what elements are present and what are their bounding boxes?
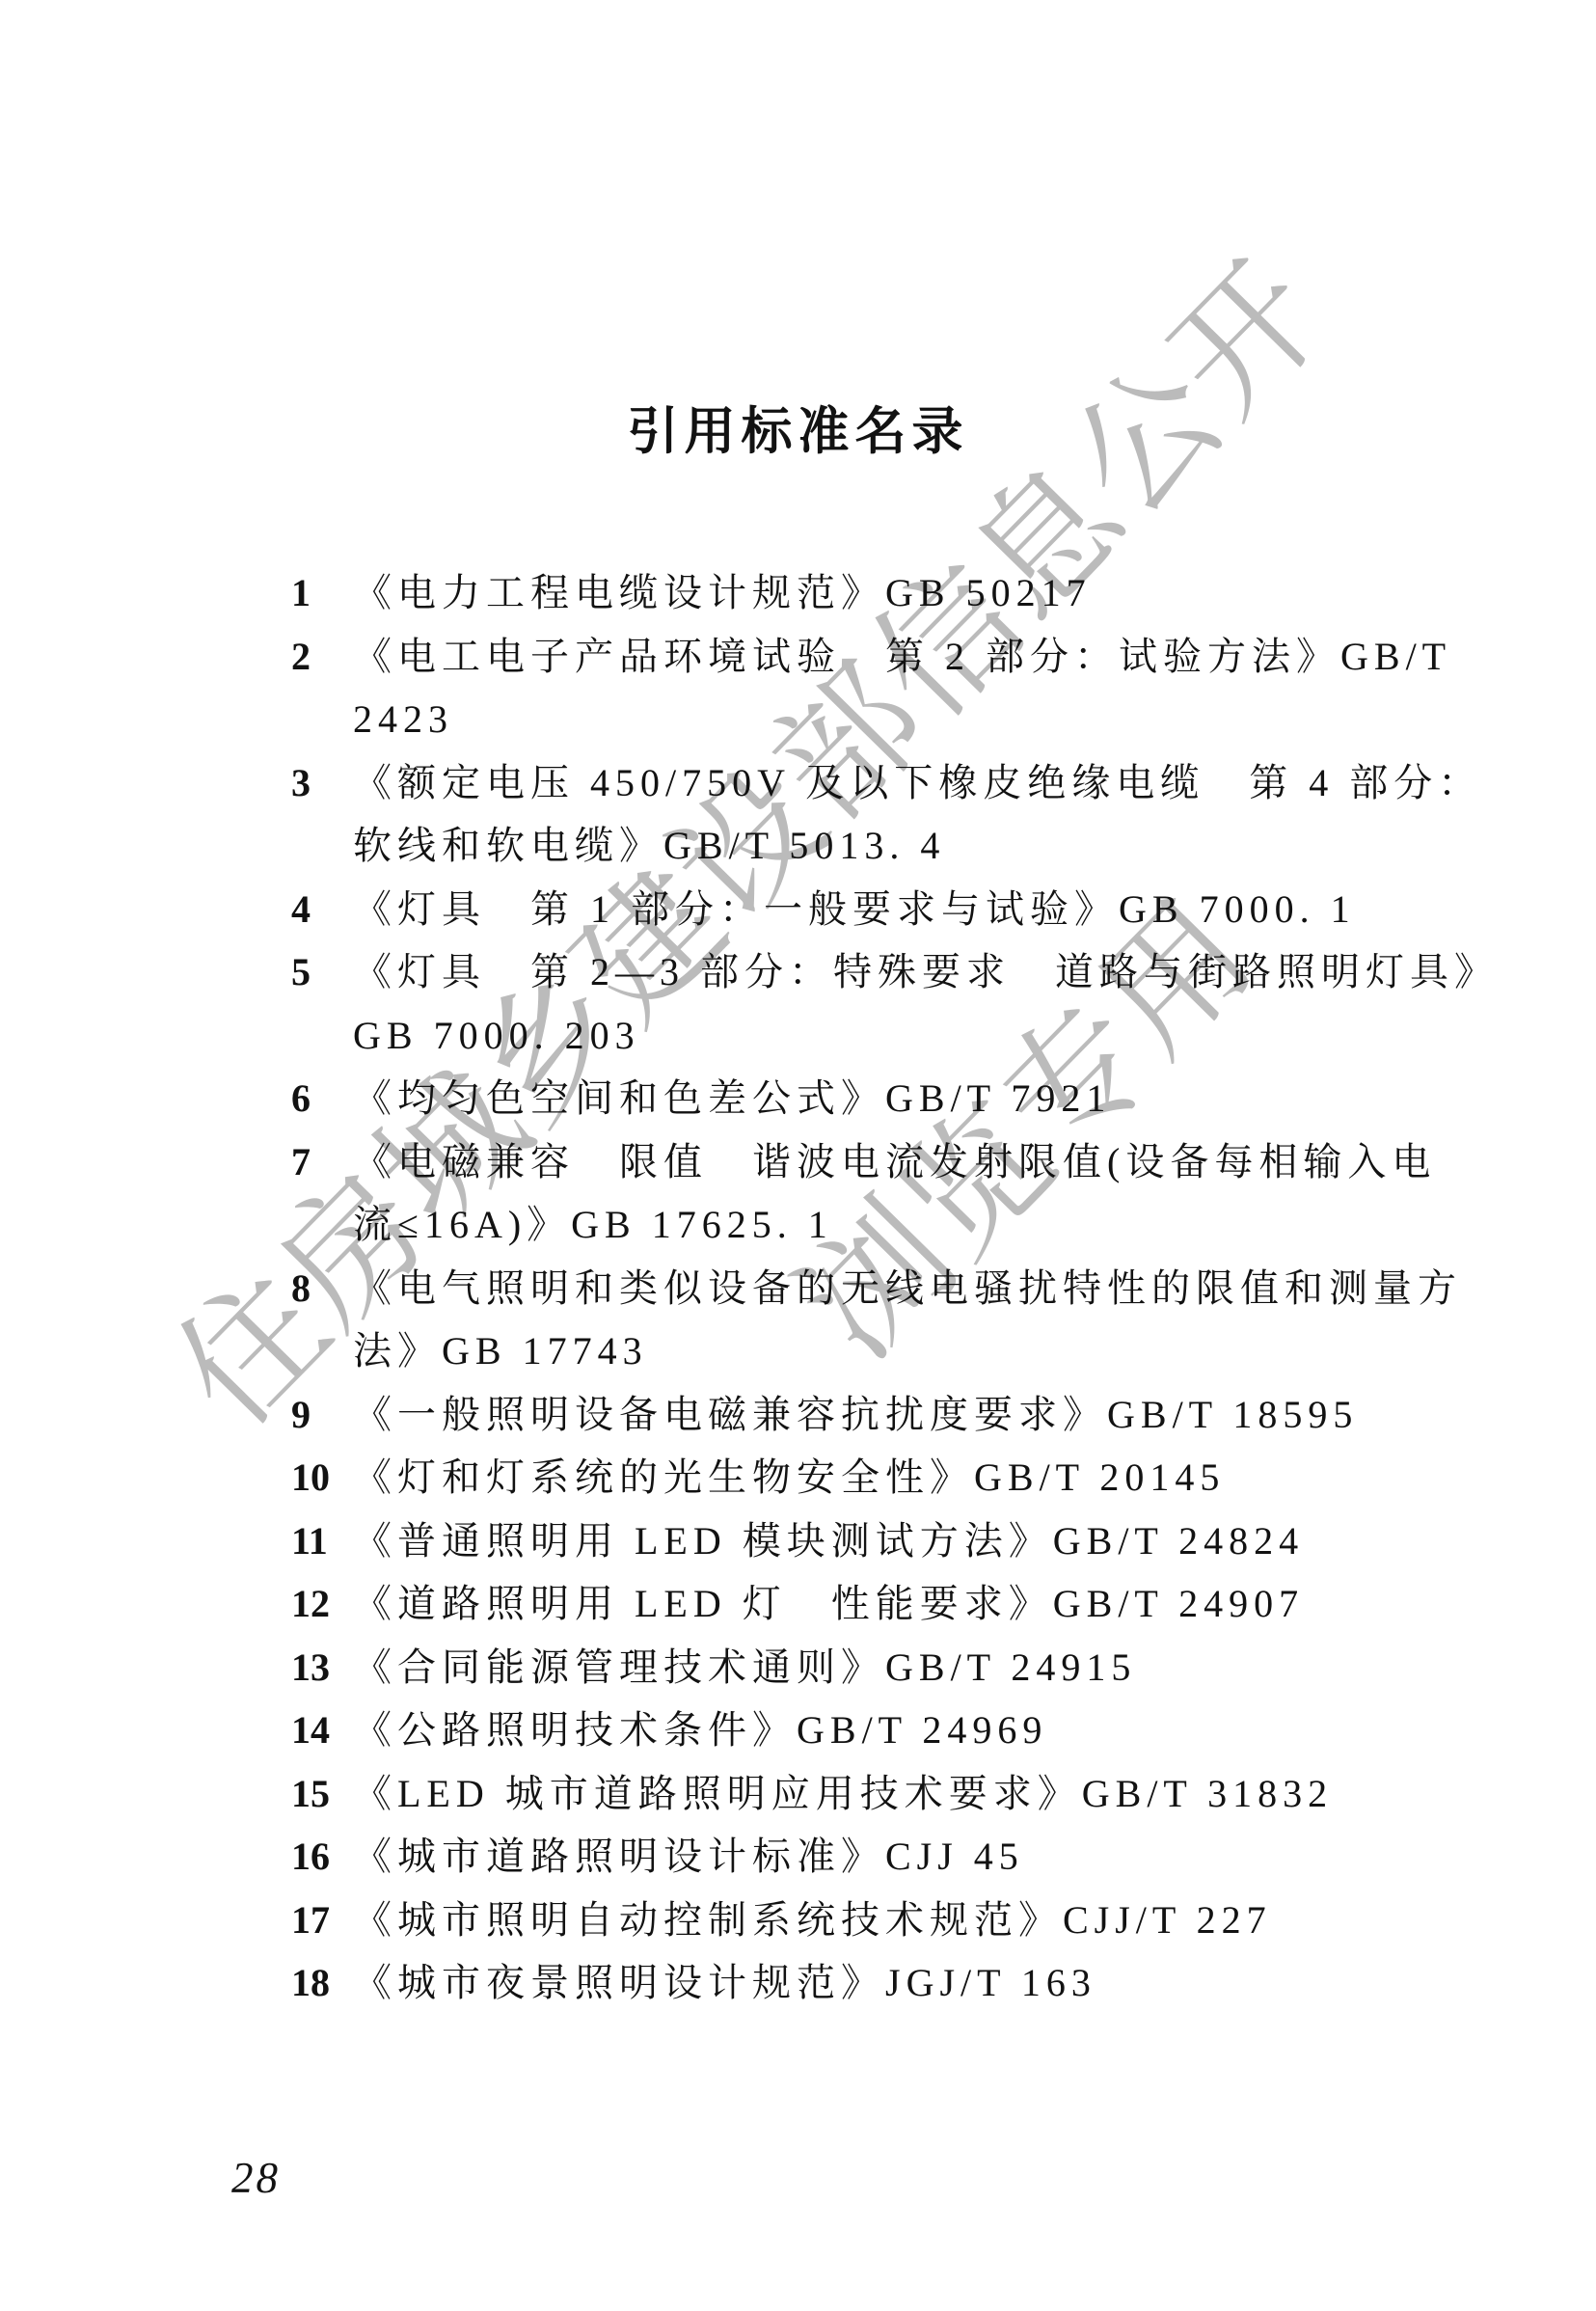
standards-list: 1《电力工程电缆设计规范》GB 502172《电工电子产品环境试验 第 2 部分…: [291, 561, 1352, 2015]
item-number: 6: [291, 1067, 353, 1130]
list-item: 13《合同能源管理技术通则》GB/T 24915: [291, 1636, 1352, 1699]
item-number: 12: [291, 1572, 353, 1636]
item-number: 5: [291, 940, 353, 1004]
list-item: 1《电力工程电缆设计规范》GB 50217: [291, 561, 1352, 625]
item-number: 11: [291, 1509, 353, 1573]
list-item: 6《均匀色空间和色差公式》GB/T 7921: [291, 1067, 1352, 1130]
list-item: 10《灯和灯系统的光生物安全性》GB/T 20145: [291, 1446, 1352, 1509]
item-number: 15: [291, 1762, 353, 1826]
item-number: 13: [291, 1636, 353, 1699]
page-number: 28: [231, 2157, 281, 2200]
item-text: 《电工电子产品环境试验 第 2 部分：试验方法》GB/T2423: [353, 625, 1451, 751]
item-number: 18: [291, 1951, 353, 2015]
item-text: 《灯具 第 1 部分：一般要求与试验》GB 7000. 1: [353, 878, 1356, 941]
list-item: 14《公路照明技术条件》GB/T 24969: [291, 1699, 1352, 1762]
list-item: 15《LED 城市道路照明应用技术要求》GB/T 31832: [291, 1762, 1352, 1826]
list-item: 11《普通照明用 LED 模块测试方法》GB/T 24824: [291, 1509, 1352, 1573]
item-number: 9: [291, 1383, 353, 1447]
list-item: 5《灯具 第 2—3 部分：特殊要求 道路与街路照明灯具》GB 7000. 20…: [291, 940, 1352, 1067]
item-number: 10: [291, 1446, 353, 1509]
item-number: 3: [291, 751, 353, 815]
list-item: 12《道路照明用 LED 灯 性能要求》GB/T 24907: [291, 1572, 1352, 1636]
item-text: 《LED 城市道路照明应用技术要求》GB/T 31832: [353, 1762, 1352, 1826]
item-text: 《电气照明和类似设备的无线电骚扰特性的限值和测量方法》GB 17743: [353, 1257, 1462, 1383]
item-text: 《城市夜景照明设计规范》JGJ/T 163: [353, 1951, 1352, 2015]
list-item: 7《电磁兼容 限值 谐波电流发射限值(设备每相输入电流≤16A)》GB 1762…: [291, 1130, 1352, 1257]
list-item: 3《额定电压 450/750V 及以下橡皮绝缘电缆 第 4 部分：软线和软电缆》…: [291, 751, 1352, 878]
list-item: 17《城市照明自动控制系统技术规范》CJJ/T 227: [291, 1889, 1352, 1952]
item-number: 14: [291, 1699, 353, 1762]
list-item: 18《城市夜景照明设计规范》JGJ/T 163: [291, 1951, 1352, 2015]
item-text: 《城市照明自动控制系统技术规范》CJJ/T 227: [353, 1889, 1352, 1952]
item-text: 《公路照明技术条件》GB/T 24969: [353, 1699, 1352, 1762]
item-text: 《城市道路照明设计标准》CJJ 45: [353, 1825, 1352, 1889]
item-number: 4: [291, 878, 353, 941]
item-text: 《电力工程电缆设计规范》GB 50217: [353, 561, 1352, 625]
item-number: 8: [291, 1257, 353, 1320]
item-number: 1: [291, 561, 353, 625]
item-text: 《道路照明用 LED 灯 性能要求》GB/T 24907: [353, 1572, 1352, 1636]
item-text: 《普通照明用 LED 模块测试方法》GB/T 24824: [353, 1509, 1352, 1573]
item-text: 《电磁兼容 限值 谐波电流发射限值(设备每相输入电流≤16A)》GB 17625…: [353, 1130, 1436, 1257]
item-number: 16: [291, 1825, 353, 1889]
list-item: 8《电气照明和类似设备的无线电骚扰特性的限值和测量方法》GB 17743: [291, 1257, 1352, 1383]
item-number: 2: [291, 625, 353, 689]
item-number: 7: [291, 1130, 353, 1194]
list-item: 2《电工电子产品环境试验 第 2 部分：试验方法》GB/T2423: [291, 625, 1352, 751]
list-item: 9《一般照明设备电磁兼容抗扰度要求》GB/T 18595: [291, 1383, 1352, 1447]
item-text: 《一般照明设备电磁兼容抗扰度要求》GB/T 18595: [353, 1383, 1358, 1447]
document-page: 引用标准名录 1《电力工程电缆设计规范》GB 502172《电工电子产品环境试验…: [0, 0, 1596, 2311]
item-text: 《额定电压 450/750V 及以下橡皮绝缘电缆 第 4 部分：软线和软电缆》G…: [353, 751, 1482, 878]
item-text: 《合同能源管理技术通则》GB/T 24915: [353, 1636, 1352, 1699]
item-text: 《均匀色空间和色差公式》GB/T 7921: [353, 1067, 1352, 1130]
page-title: 引用标准名录: [0, 407, 1596, 458]
item-text: 《灯和灯系统的光生物安全性》GB/T 20145: [353, 1446, 1352, 1509]
list-item: 4《灯具 第 1 部分：一般要求与试验》GB 7000. 1: [291, 878, 1352, 941]
item-text: 《灯具 第 2—3 部分：特殊要求 道路与街路照明灯具》GB 7000. 203: [353, 940, 1499, 1067]
item-number: 17: [291, 1889, 353, 1952]
list-item: 16《城市道路照明设计标准》CJJ 45: [291, 1825, 1352, 1889]
